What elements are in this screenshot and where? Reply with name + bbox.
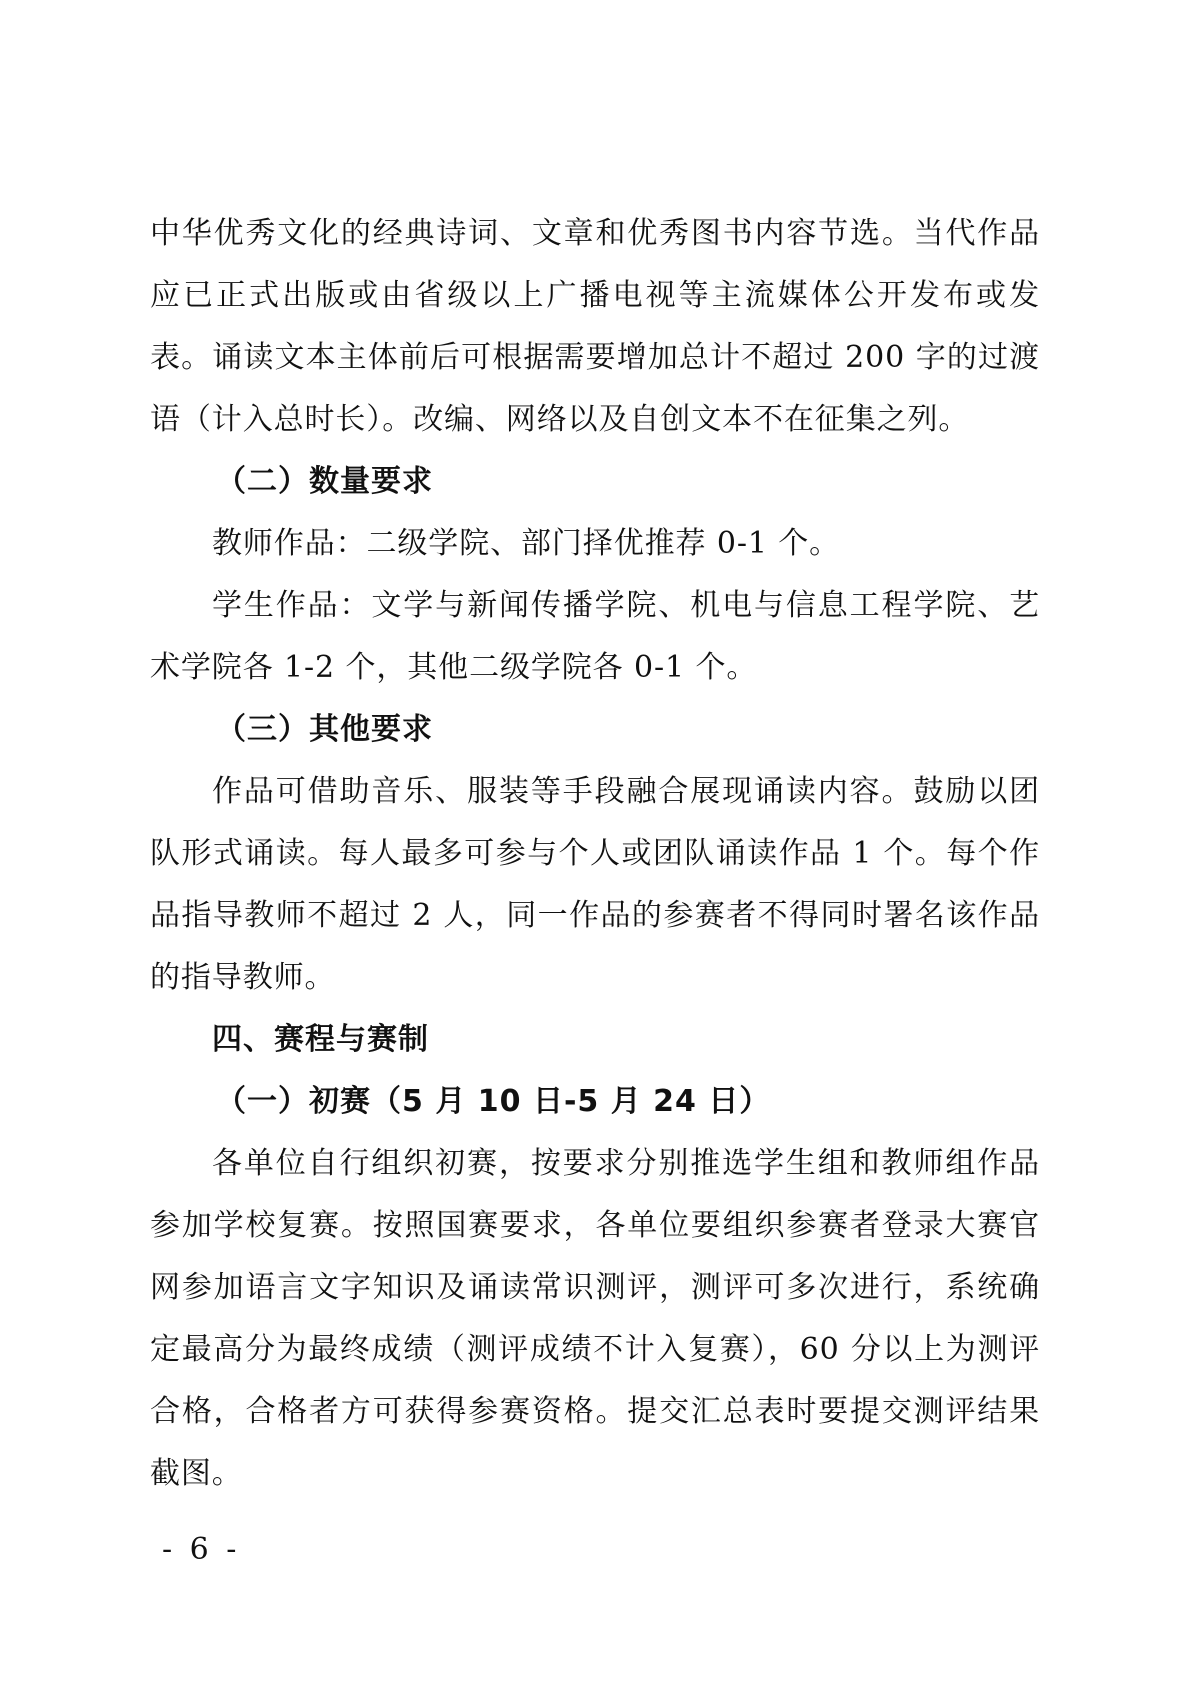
- paragraph-line: 各单位自行组织初赛，按要求分别推选学生组和教师组作品: [150, 1140, 1040, 1202]
- section-heading-schedule: 四、赛程与赛制: [150, 1016, 1040, 1078]
- page-number: - 6 -: [162, 1532, 240, 1567]
- paragraph-line: 应已正式出版或由省级以上广播电视等主流媒体公开发布或发: [150, 272, 1040, 334]
- section-subheading-other: （三）其他要求: [150, 706, 1040, 768]
- paragraph-line: 参加学校复赛。按照国赛要求，各单位要组织参赛者登录大赛官: [150, 1202, 1040, 1264]
- paragraph-line: 的指导教师。: [150, 954, 1040, 1016]
- paragraph-line: 品指导教师不超过 2 人，同一作品的参赛者不得同时署名该作品: [150, 892, 1040, 954]
- section-subheading-quantity: （二）数量要求: [150, 458, 1040, 520]
- paragraph-line: 学生作品：文学与新闻传播学院、机电与信息工程学院、艺: [150, 582, 1040, 644]
- paragraph-line: 术学院各 1-2 个，其他二级学院各 0-1 个。: [150, 644, 1040, 706]
- paragraph-line: 网参加语言文字知识及诵读常识测评，测评可多次进行，系统确: [150, 1264, 1040, 1326]
- paragraph-line: 表。诵读文本主体前后可根据需要增加总计不超过 200 字的过渡: [150, 334, 1040, 396]
- paragraph-line: 语（计入总时长）。改编、网络以及自创文本不在征集之列。: [150, 396, 1040, 458]
- paragraph-line: 合格，合格者方可获得参赛资格。提交汇总表时要提交测评结果: [150, 1388, 1040, 1450]
- paragraph-line: 作品可借助音乐、服装等手段融合展现诵读内容。鼓励以团: [150, 768, 1040, 830]
- paragraph-line: 中华优秀文化的经典诗词、文章和优秀图书内容节选。当代作品: [150, 210, 1040, 272]
- paragraph-line: 定最高分为最终成绩（测评成绩不计入复赛），60 分以上为测评: [150, 1326, 1040, 1388]
- paragraph-line: 队形式诵读。每人最多可参与个人或团队诵读作品 1 个。每个作: [150, 830, 1040, 892]
- paragraph-line: 教师作品：二级学院、部门择优推荐 0-1 个。: [150, 520, 1040, 582]
- paragraph-line: 截图。: [150, 1450, 1040, 1512]
- section-subheading-preliminary: （一）初赛（5 月 10 日-5 月 24 日）: [150, 1078, 1040, 1140]
